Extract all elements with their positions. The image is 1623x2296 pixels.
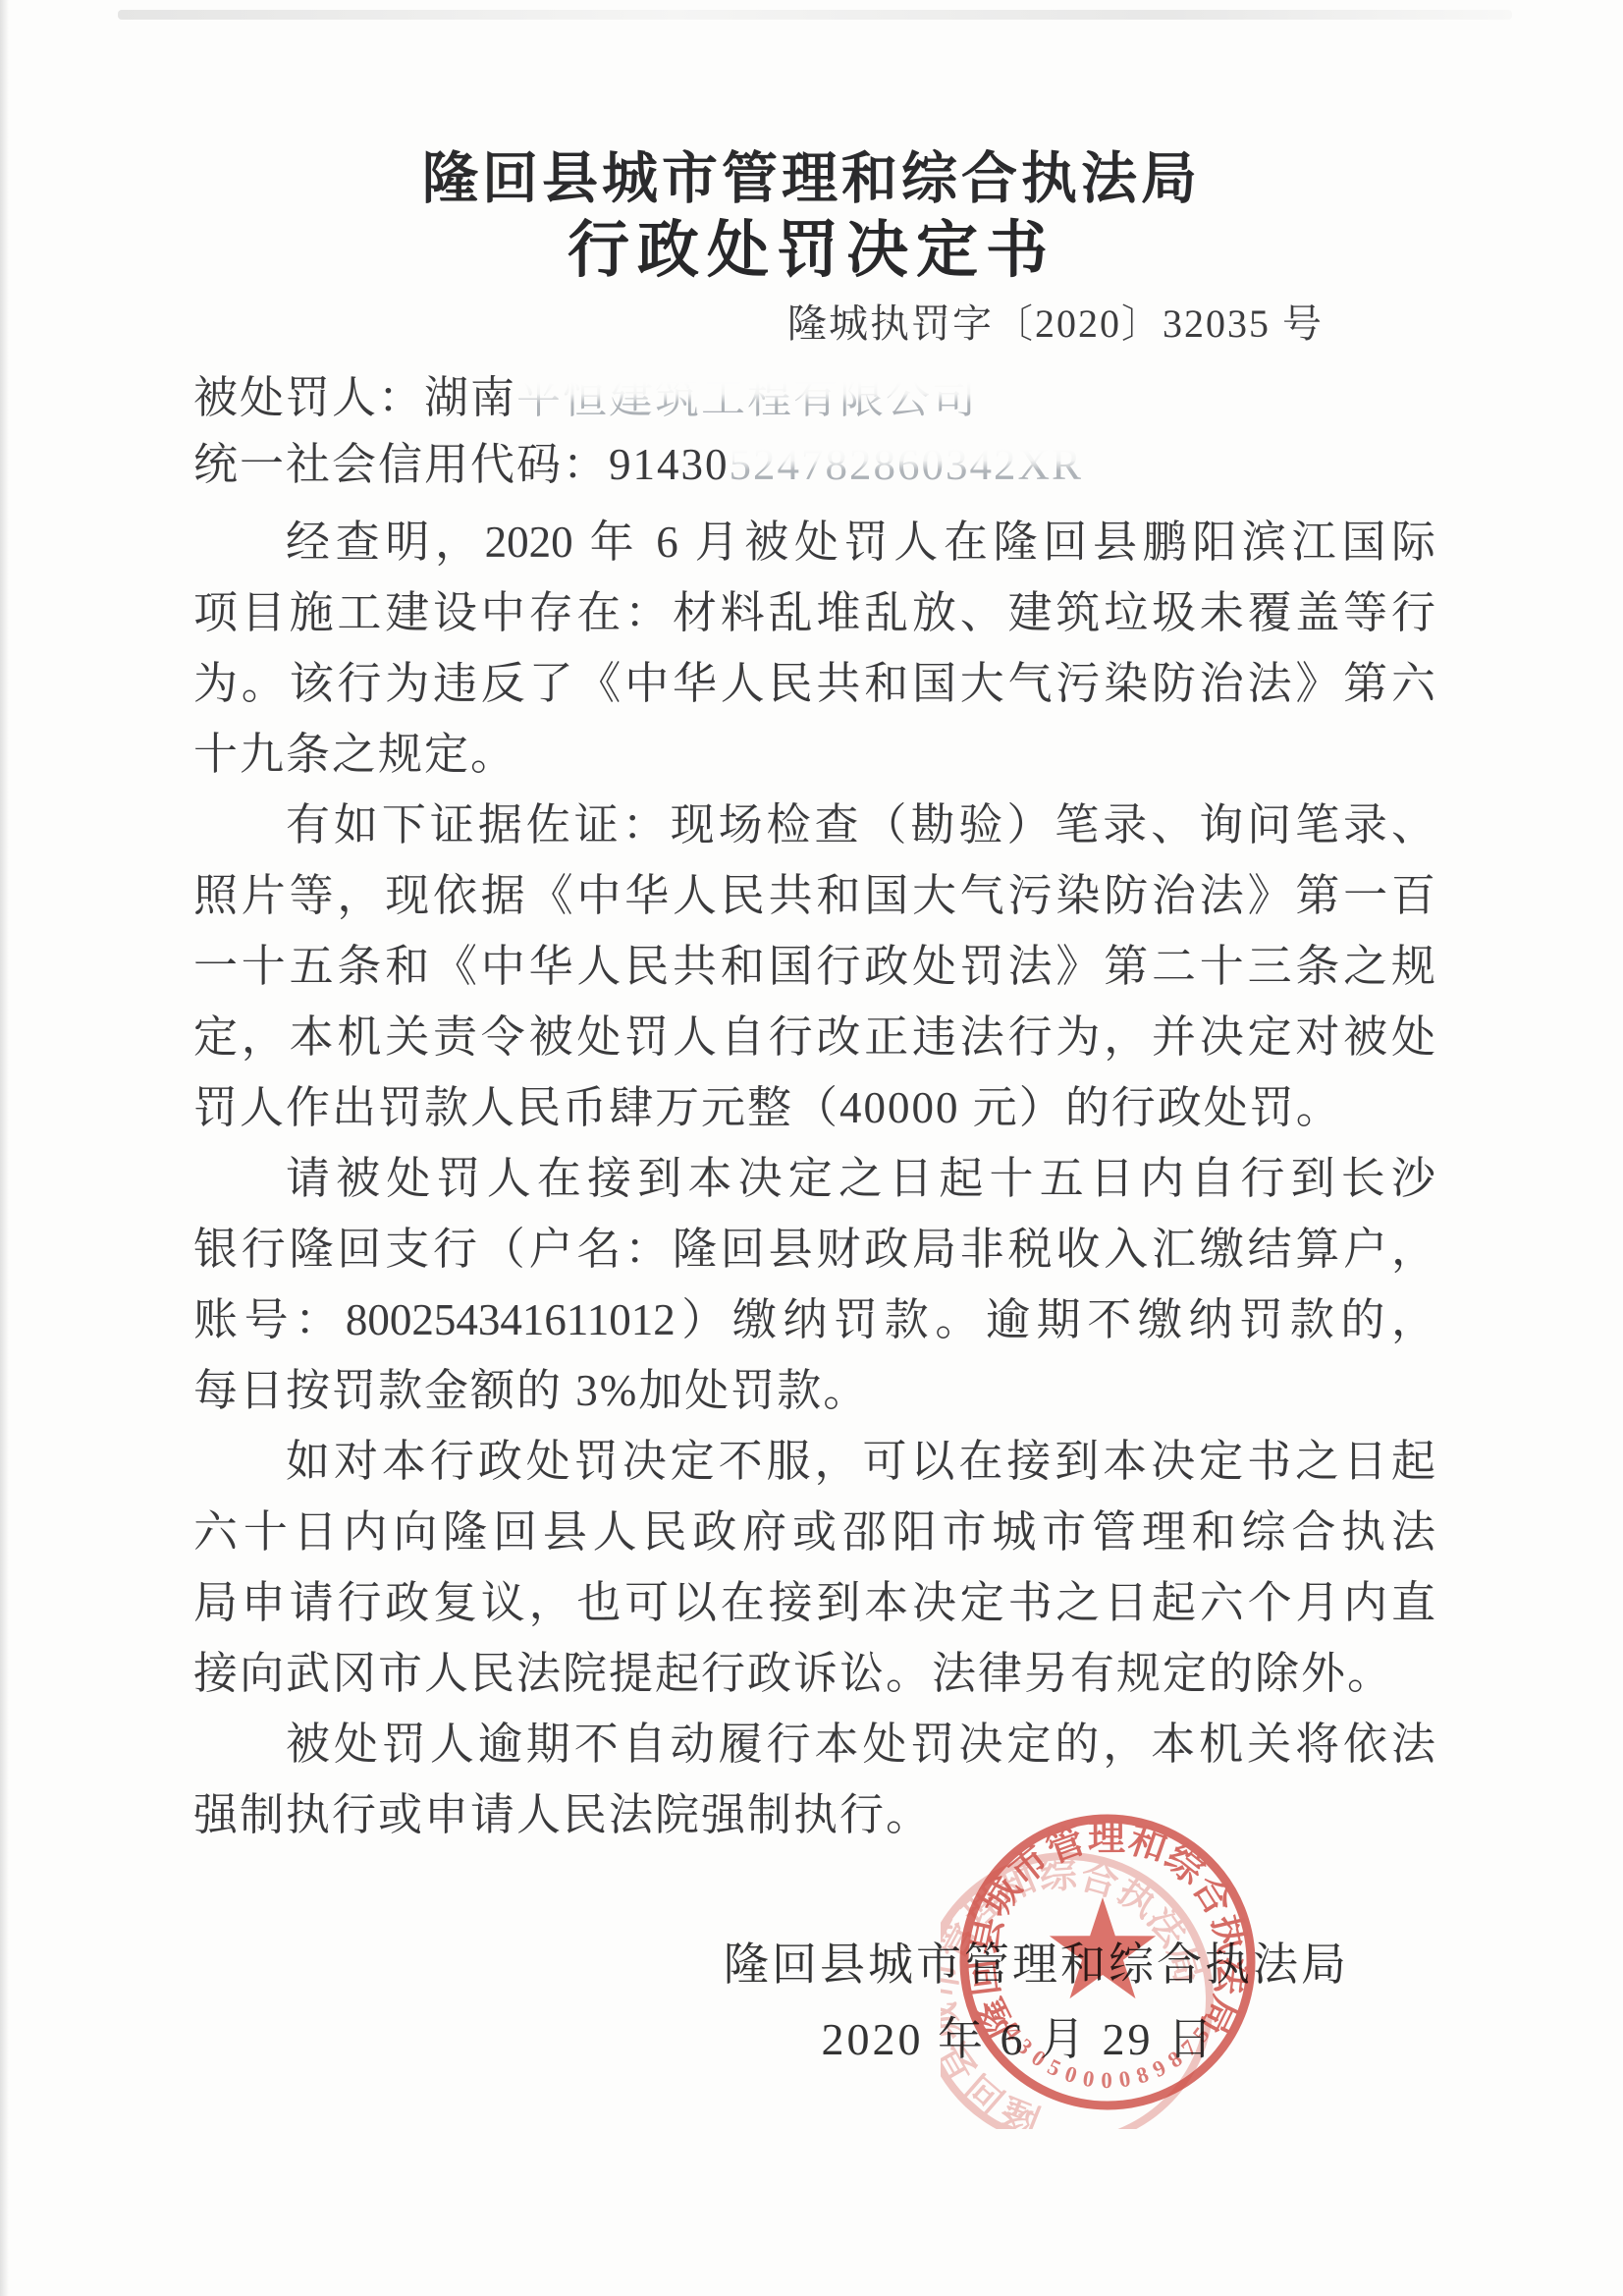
body-line: 请被处罚人在接到本决定之日起十五日内自行到长沙	[193, 1143, 1435, 1214]
scan-artifact-left	[0, 0, 9, 2296]
document-title: 行政处罚决定书	[0, 200, 1623, 290]
body-line: 经查明，2020 年 6 月被处罚人在隆回县鹏阳滨江国际	[193, 507, 1435, 577]
body-line: 如对本行政处罚决定不服，可以在接到本决定书之日起	[193, 1426, 1435, 1497]
body-line: 项目施工建设中存在：材料乱堆乱放、建筑垃圾未覆盖等行	[193, 577, 1435, 648]
body-line: 罚人作出罚款人民币肆万元整（40000 元）的行政处罚。	[193, 1072, 1435, 1143]
body-line: 为。该行为违反了《中华人民共和国大气污染防治法》第六	[193, 648, 1435, 719]
body-line: 有如下证据佐证：现场检查（勘验）笔录、询问笔录、	[193, 790, 1435, 860]
body-line: 每日按罚款金额的 3%加处罚款。	[193, 1355, 1435, 1426]
recipient-name-line: 被处罚人：湖南平恒建筑工程有限公司	[193, 365, 1435, 431]
body-line: 银行隆回支行（户名：隆回县财政局非税收入汇缴结算户，	[193, 1214, 1435, 1285]
scan-artifact-top	[118, 10, 1512, 20]
credit-code-clear: 91430	[609, 440, 730, 489]
body-line: 被处罚人逾期不自动履行本处罚决定的，本机关将依法	[193, 1709, 1435, 1779]
recipient-name-clear: 湖南	[424, 373, 516, 422]
credit-code-line: 统一社会信用代码：91430524782860342XR	[193, 432, 1435, 498]
body-line: 定，本机关责令被处罚人自行改正违法行为，并决定对被处	[193, 1002, 1435, 1072]
body-line: 局申请行政复议，也可以在接到本决定书之日起六个月内直	[193, 1567, 1435, 1638]
document-body: 经查明，2020 年 6 月被处罚人在隆回县鹏阳滨江国际项目施工建设中存在：材料…	[193, 507, 1435, 1850]
recipient-label: 被处罚人：	[193, 373, 424, 422]
recipient-name-faded: 平恒建筑工程有限公司	[516, 373, 978, 422]
body-line: 照片等，现依据《中华人民共和国大气污染防治法》第一百	[193, 860, 1435, 931]
page: 隆回县城市管理和综合执法局 行政处罚决定书 隆城执罚字〔2020〕32035 号…	[0, 0, 1623, 2296]
credit-code-faded: 524782860342XR	[730, 440, 1084, 489]
body-line: 十九条之规定。	[193, 719, 1435, 790]
body-line: 六十日内向隆回县人民政府或邵阳市城市管理和综合执法	[193, 1497, 1435, 1567]
document-number: 隆城执罚字〔2020〕32035 号	[787, 293, 1324, 349]
body-line: 接向武冈市人民法院提起行政诉讼。法律另有规定的除外。	[193, 1638, 1435, 1709]
body-line: 账号：800254341611012）缴纳罚款。逾期不缴纳罚款的，	[193, 1285, 1435, 1355]
credit-code-label: 统一社会信用代码：	[193, 440, 609, 489]
body-line: 一十五条和《中华人民共和国行政处罚法》第二十三条之规	[193, 931, 1435, 1002]
official-seal: 隆回县城市管理和综合执法局 隆回县城市管理和综合执法局 430500008987…	[941, 1795, 1274, 2129]
